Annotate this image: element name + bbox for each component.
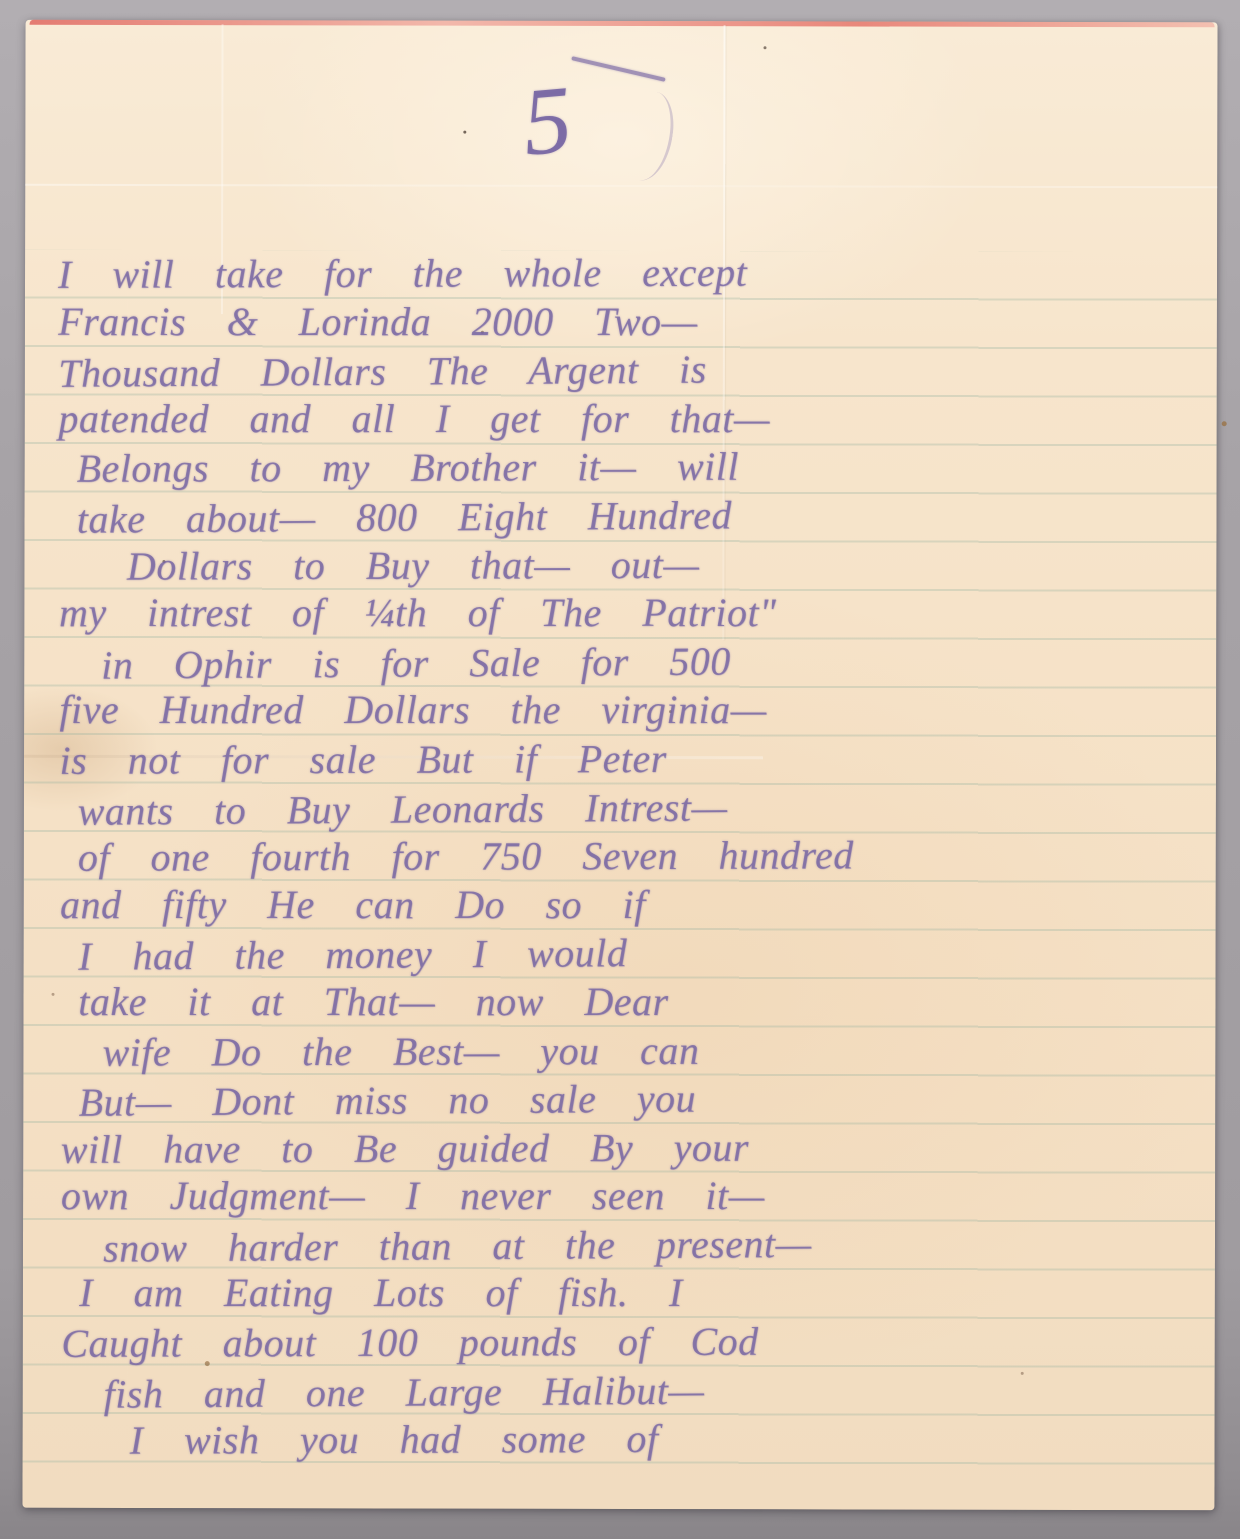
- paper-top-red-edge: [30, 20, 1215, 27]
- stray-pen-tail: [617, 88, 678, 184]
- letter-line: my intrest of ¼th of The Patriot": [59, 589, 1207, 638]
- letter-line: Belongs to my Brother it— will: [77, 442, 1207, 494]
- letter-line: But— Dont miss no sale you: [78, 1071, 1208, 1127]
- letter-line: Francis & Lorinda 2000 Two—: [58, 298, 1206, 347]
- letter-line: take about— 800 Eight Hundred: [77, 488, 1207, 544]
- letter-line: Caught about 100 pounds of Cod: [61, 1316, 1209, 1368]
- letter-line: fish and one Large Halibut—: [103, 1363, 1209, 1419]
- letter-line: five Hundred Dollars the virginia—: [59, 686, 1207, 735]
- letter-line: I will take for the whole except: [58, 247, 1206, 299]
- horizontal-fold-crease: [25, 184, 1217, 188]
- letter-line: wants to Buy Leonards Intrest—: [78, 780, 1208, 836]
- letter-line: wife Do the Best— you can: [102, 1025, 1208, 1077]
- letter-line: and fifty He can Do so if: [60, 881, 1208, 930]
- page-number: 5: [519, 71, 575, 171]
- letter-line: I am Eating Lots of fish. I: [79, 1269, 1209, 1318]
- letter-line: I had the money I would: [78, 926, 1208, 982]
- letter-line: take it at That— now Dear: [78, 978, 1208, 1027]
- paper-specks: [463, 131, 466, 134]
- photo-backdrop: { "document": { "type": "handwritten-let…: [0, 0, 1240, 1539]
- letter-body: I will take for the whole except Francis…: [58, 247, 1210, 1465]
- letter-line: snow harder than at the present—: [103, 1217, 1209, 1273]
- letter-line: own Judgment— I never seen it—: [61, 1172, 1209, 1221]
- letter-line: patended and all I get for that—: [58, 395, 1206, 444]
- letter-page: 5 I will take for the whole except Franc…: [22, 20, 1217, 1510]
- letter-line: will have to Be guided By your: [61, 1122, 1209, 1174]
- letter-line: in Ophir is for Sale for 500: [101, 634, 1207, 690]
- letter-line: Thousand Dollars The Argent is: [58, 342, 1206, 398]
- letter-line: is not for sale But if Peter: [59, 733, 1207, 785]
- letter-line: I wish you had some of: [130, 1413, 1210, 1465]
- stray-pen-stroke: [571, 56, 665, 82]
- letter-line: of one fourth for 750 Seven hundred: [78, 830, 1208, 882]
- letter-line: Dollars to Buy that— out—: [127, 539, 1207, 591]
